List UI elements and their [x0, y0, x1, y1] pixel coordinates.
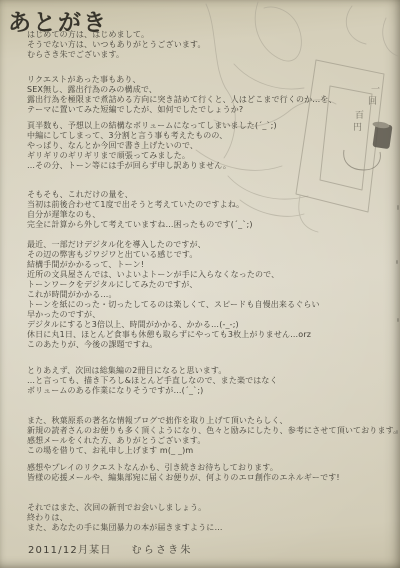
afterword-line: そうでない方は、いつもありがとうございます。	[27, 40, 400, 50]
afterword-line: リクエストがあった事もあり、	[27, 75, 400, 85]
afterword-line: 最近、一部だけデジタル化を導入したのですが、	[27, 240, 400, 250]
afterword-line: 結構手間がかかるって、トーン!	[27, 260, 400, 270]
afterword-line: SEX無し、露出行為のみの構成で、	[27, 85, 400, 95]
afterword-line: その辺の弊害もジワジワと出ている感じです。	[27, 250, 400, 260]
afterword-line: この場を借りて、お礼申し上げます m(_ _)m	[27, 446, 400, 456]
afterword-line: 近所の文具屋さんでは、いよいよトーンが手に入らなくなったので、	[27, 270, 400, 280]
scan-smudge	[396, 260, 398, 264]
signature-date: 2011/12月某日	[28, 545, 112, 556]
afterword-line: 中編にしてしまって、3分割と言う事も考えたものの、	[27, 131, 400, 141]
signature-row: 2011/12月某日むらさき朱	[28, 541, 193, 556]
afterword-line: このあたりが、今後の課題ですね。	[27, 340, 400, 350]
scan-smudge	[396, 430, 398, 434]
afterword-line: 皆様の応援メールや、編集部宛に届くお便りが、何よりのエロ創作のエネルギーです!	[27, 473, 400, 483]
afterword-line: むらさき朱でございます。	[27, 50, 400, 60]
paragraph: また、秋葉原系の著名な情報ブログで拙作を取り上げて頂いたらしく、新規の読者さんの…	[27, 416, 400, 456]
afterword-line: 露出行為を極限まで煮詰める方向に突き詰めて行くと、人はどこまで行くのか…を、	[27, 95, 400, 105]
afterword-line: 早かったのですが、	[27, 310, 400, 320]
afterword-line: 新規の読者さんのお便りも多く頂くようになり、色々と励みにしたり、参考にさせて頂い…	[27, 426, 400, 436]
afterword-line: 感想メールをくれた方、ありがとうございます。	[27, 436, 400, 446]
afterword-line: ギリギリのギリギリまで頑張ってみました。	[27, 151, 400, 161]
paragraph: そもそも、これだけの量を、当初は前後合わせて1度で出そうと考えていたのですよね。…	[27, 190, 400, 230]
afterword-line: やっぱり、なんとか今回で書き上げたいので、	[27, 141, 400, 151]
afterword-line: デジタルにすると3倍以上、時間がかかる、かかる…(-_-;)	[27, 320, 400, 330]
afterword-page: 一 回 百 円 あとがき はじめての方は、はじめまして。そうでない方は、いつもあ…	[0, 0, 400, 568]
paragraph: 最近、一部だけデジタル化を導入したのですが、その辺の弊害もジワジワと出ている感じ…	[27, 240, 400, 350]
afterword-line: 休日に丸1日、ほとんど食事も休憩も取らずにやっても3枚上がりません…orz	[27, 330, 400, 340]
afterword-line: とりあえず、次回は総集編の2冊目になると思います。	[27, 366, 400, 376]
paragraph: とりあえず、次回は総集編の2冊目になると思います。…と言っても、描き下ろし&ほと…	[27, 366, 400, 396]
afterword-line: …と言っても、描き下ろし&ほとんど手直しなので、また楽ではなく	[27, 376, 400, 386]
scan-smudge	[397, 205, 399, 210]
afterword-line: 頁半数も、予想以上の結構なボリュームになってしまいました(´_`;)	[27, 121, 400, 131]
afterword-line: ボリュームのある作業になりそうですが…(´_`;)	[27, 386, 400, 396]
afterword-line: また、あなたの手に集団暴力の本が届きますように…	[27, 523, 400, 533]
afterword-line: そもそも、これだけの量を、	[27, 190, 400, 200]
afterword-line: …その分、トーン等には手が回らず申し訳ありません。	[27, 161, 400, 171]
paragraph: はじめての方は、はじめまして。そうでない方は、いつもありがとうございます。むらさ…	[27, 30, 400, 60]
afterword-line: はじめての方は、はじめまして。	[27, 30, 400, 40]
afterword-line: 自分が遅筆なのも、	[27, 210, 400, 220]
afterword-line: これが時間がかかる…。	[27, 290, 400, 300]
paragraph: 頁半数も、予想以上の結構なボリュームになってしまいました(´_`;)中編にしてし…	[27, 121, 400, 171]
afterword-line: 感想やプレイのリクエストなんかも、引き続きお待ちしております。	[27, 463, 400, 473]
signature-author: むらさき朱	[132, 545, 193, 556]
paragraph: リクエストがあった事もあり、SEX無し、露出行為のみの構成で、露出行為を極限まで…	[27, 75, 400, 115]
afterword-line: また、秋葉原系の著名な情報ブログで拙作を取り上げて頂いたらしく、	[27, 416, 400, 426]
afterword-line: 終わりは、	[27, 513, 400, 523]
scan-smudge	[397, 318, 399, 322]
paragraph: 感想やプレイのリクエストなんかも、引き続きお待ちしております。皆様の応援メールや…	[27, 463, 400, 483]
paragraph: それではまた、次回の新刊でお会いしましょう。終わりは、また、あなたの手に集団暴力…	[27, 503, 400, 533]
afterword-line: 当初は前後合わせて1度で出そうと考えていたのですよね。	[27, 200, 400, 210]
afterword-line: 完全に計算から外して考えていますね…困ったものです(´_`;)	[27, 220, 400, 230]
afterword-line: それではまた、次回の新刊でお会いしましょう。	[27, 503, 400, 513]
afterword-line: トーンを紙にのった・切ったしてるのは楽しくて、スピードも自慢出来るぐらい	[27, 300, 400, 310]
afterword-line: トーンワークをデジタルにしてみたのですが、	[27, 280, 400, 290]
afterword-line: テーマに置いてみた短編でしたが、如何でしたでしょうか?	[27, 105, 400, 115]
